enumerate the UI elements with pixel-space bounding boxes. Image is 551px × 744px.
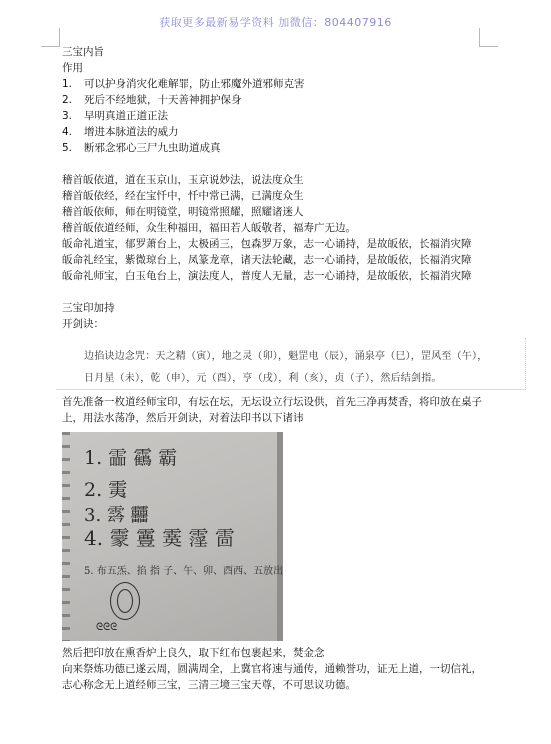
list-number: 5.	[62, 140, 84, 156]
list-text: 断邪念邪心三尸九虫助道成真	[84, 140, 221, 156]
handwriting-line: 2. 䨑 𩅦	[84, 482, 133, 498]
list-text: 增进本脉道法的威力	[84, 124, 179, 140]
verse-line: 稽首皈依道，道在玉京山，玉京说妙法，说法度众生	[62, 172, 532, 188]
verse-line: 稽首皈依道经师，众生种福田，福田若人皈敬者，福寿广无边。	[62, 220, 532, 236]
handwritten-talisman-photo: 1. 霝 靍 霸 2. 䨑 𩅦 3. 𩃬 䨻 𩇔 4. 霥 霻 霙 霪 䨓 5.…	[62, 432, 283, 641]
incantation-image-block: 边掐诀边念咒：天之精（寅），地之灵（卯），魁罡电（辰），涌泉亭（巳），罡风至（午…	[56, 338, 526, 390]
list-number: 3.	[62, 108, 84, 124]
section-title: 三宝印加持	[62, 300, 532, 316]
notebook-spiral	[62, 432, 70, 641]
margin-corner-top-left	[41, 28, 60, 47]
spacer	[62, 284, 532, 300]
paragraph-line: 上，用法水荡净，然后开剑诀，对着法印书以下诸讳	[62, 410, 532, 426]
verse-line: 稽首皈依师，师在明镜堂，明镜常照耀，照耀诸迷人	[62, 204, 532, 220]
spacer	[62, 156, 532, 172]
photo-edge	[277, 432, 283, 641]
closing-line: 志心称念无上道经师三宝，三清三境三宝天尊，不可思议功德。	[62, 677, 532, 693]
verse-line: 皈命礼经宝，紫微琼台上，凤篆龙章，诸天法轮藏，志一心诵持，是故皈依，长福消灾障	[62, 252, 532, 268]
list-text: 可以护身消灾化难解罪，防止邪魔外道邪师克害	[84, 76, 305, 92]
handwriting-line: 3. 𩃬 䨻 𩇔	[84, 508, 154, 524]
verse-line: 皈命礼道宝，郁罗萧台上，太极函三，包森罗万象，志一心诵持，是故皈依，长福消灾障	[62, 236, 532, 252]
closing-line: 向来祭炼功德已遂云周，圆满周全，上冀官将速与通传，通赖誉功，证无上道，一切信礼，	[62, 661, 532, 677]
incantation-line: 日月星（未），乾（申），元（酉），亨（戌），利（亥），贞（子），然后结剑指。	[84, 368, 525, 390]
wave-drawing-icon: ᘓᘓᘓ	[96, 620, 117, 636]
section-subtitle: 开剑诀：	[62, 316, 532, 332]
list-text: 死后不经地狱，十天善神拥护保身	[84, 92, 242, 108]
list-text: 早明真道正道正法	[84, 108, 168, 124]
list-item: 4. 增进本脉道法的威力	[62, 124, 532, 140]
numbered-list: 1. 可以护身消灾化难解罪，防止邪魔外道邪师克害 2. 死后不经地狱，十天善神拥…	[62, 76, 532, 156]
paragraph-line: 首先准备一枚道经师宝印，有坛在坛，无坛设立行坛设供，首先三净再焚香，将印放在桌子	[62, 394, 532, 410]
list-number: 2.	[62, 92, 84, 108]
verse-line: 稽首皈依经，经在宝忏中，忏中常已满，已满度众生	[62, 188, 532, 204]
section-title: 三宝内旨	[62, 44, 532, 60]
closing-line: 然后把印放在熏香炉上良久，取下红布包裹起来，焚金念	[62, 645, 532, 661]
list-item: 2. 死后不经地狱，十天善神拥护保身	[62, 92, 532, 108]
verse-line: 皈命礼师宝，白玉龟台上，演法度人，普度人无量，志一心诵持，是故皈依，长福消灾障	[62, 268, 532, 284]
list-item: 5. 断邪念邪心三尸九虫助道成真	[62, 140, 532, 156]
handwriting-line: 4. 霥 霻 霙 霪 䨓	[84, 530, 235, 546]
document-body: 三宝内旨 作用 1. 可以护身消灾化难解罪，防止邪魔外道邪师克害 2. 死后不经…	[62, 44, 532, 693]
list-number: 1.	[62, 76, 84, 92]
section-subtitle: 作用	[62, 60, 532, 76]
header-watermark: 获取更多最新易学资料 加微信：804407916	[0, 14, 551, 30]
incantation-line: 边掐诀边念咒：天之精（寅），地之灵（卯），魁罡电（辰），涌泉亭（巳），罡风至（午…	[84, 346, 525, 368]
handwriting-line: 5. 布五炁、掐 指 子、午、卯、酉西、五放出	[84, 564, 283, 580]
list-item: 1. 可以护身消灾化难解罪，防止邪魔外道邪师克害	[62, 76, 532, 92]
handwriting-line: 1. 霝 靍 霸	[84, 450, 177, 466]
seal-drawing-icon	[110, 582, 140, 620]
list-number: 4.	[62, 124, 84, 140]
list-item: 3. 早明真道正道正法	[62, 108, 532, 124]
verses-block: 稽首皈依道，道在玉京山，玉京说妙法，说法度众生 稽首皈依经，经在宝忏中，忏中常已…	[62, 172, 532, 284]
